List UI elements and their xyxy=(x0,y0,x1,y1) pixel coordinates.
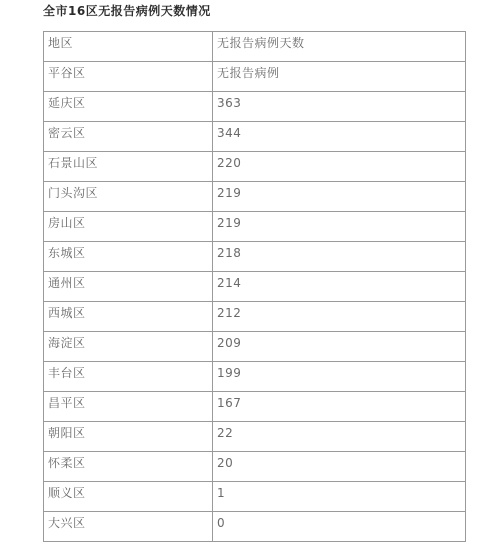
table-row: 怀柔区20 xyxy=(44,452,466,482)
table-row: 朝阳区22 xyxy=(44,422,466,452)
district-cell: 通州区 xyxy=(44,272,213,302)
days-cell: 22 xyxy=(213,422,466,452)
district-cell: 平谷区 xyxy=(44,62,213,92)
table-body: 平谷区无报告病例延庆区363密云区344石景山区220门头沟区219房山区219… xyxy=(44,62,466,542)
district-cell: 昌平区 xyxy=(44,392,213,422)
days-cell: 219 xyxy=(213,182,466,212)
table-row: 丰台区199 xyxy=(44,362,466,392)
days-cell: 199 xyxy=(213,362,466,392)
page-title: 全市16区无报告病例天数情况 xyxy=(43,4,500,18)
table-row: 房山区219 xyxy=(44,212,466,242)
table-row: 海淀区209 xyxy=(44,332,466,362)
column-header-days: 无报告病例天数 xyxy=(213,32,466,62)
table-row: 密云区344 xyxy=(44,122,466,152)
table-row: 顺义区1 xyxy=(44,482,466,512)
district-cell: 门头沟区 xyxy=(44,182,213,212)
days-cell: 218 xyxy=(213,242,466,272)
table-row: 昌平区167 xyxy=(44,392,466,422)
table-row: 门头沟区219 xyxy=(44,182,466,212)
days-cell: 0 xyxy=(213,512,466,542)
table-row: 东城区218 xyxy=(44,242,466,272)
district-cell: 丰台区 xyxy=(44,362,213,392)
days-cell: 无报告病例 xyxy=(213,62,466,92)
days-cell: 167 xyxy=(213,392,466,422)
table-row: 平谷区无报告病例 xyxy=(44,62,466,92)
district-cell: 东城区 xyxy=(44,242,213,272)
district-cell: 密云区 xyxy=(44,122,213,152)
district-cell: 顺义区 xyxy=(44,482,213,512)
district-cell: 石景山区 xyxy=(44,152,213,182)
district-cell: 房山区 xyxy=(44,212,213,242)
table-header-row: 地区 无报告病例天数 xyxy=(44,32,466,62)
days-cell: 363 xyxy=(213,92,466,122)
page: 全市16区无报告病例天数情况 地区 无报告病例天数 平谷区无报告病例延庆区363… xyxy=(0,0,500,542)
table-row: 大兴区0 xyxy=(44,512,466,542)
district-cell: 朝阳区 xyxy=(44,422,213,452)
table-row: 延庆区363 xyxy=(44,92,466,122)
district-cell: 西城区 xyxy=(44,302,213,332)
days-cell: 20 xyxy=(213,452,466,482)
days-cell: 344 xyxy=(213,122,466,152)
days-cell: 219 xyxy=(213,212,466,242)
column-header-district: 地区 xyxy=(44,32,213,62)
district-cell: 怀柔区 xyxy=(44,452,213,482)
table-row: 通州区214 xyxy=(44,272,466,302)
district-cell: 延庆区 xyxy=(44,92,213,122)
days-cell: 214 xyxy=(213,272,466,302)
days-cell: 212 xyxy=(213,302,466,332)
table-row: 西城区212 xyxy=(44,302,466,332)
report-table: 地区 无报告病例天数 平谷区无报告病例延庆区363密云区344石景山区220门头… xyxy=(43,31,466,542)
district-cell: 海淀区 xyxy=(44,332,213,362)
days-cell: 1 xyxy=(213,482,466,512)
days-cell: 220 xyxy=(213,152,466,182)
table-row: 石景山区220 xyxy=(44,152,466,182)
district-cell: 大兴区 xyxy=(44,512,213,542)
days-cell: 209 xyxy=(213,332,466,362)
